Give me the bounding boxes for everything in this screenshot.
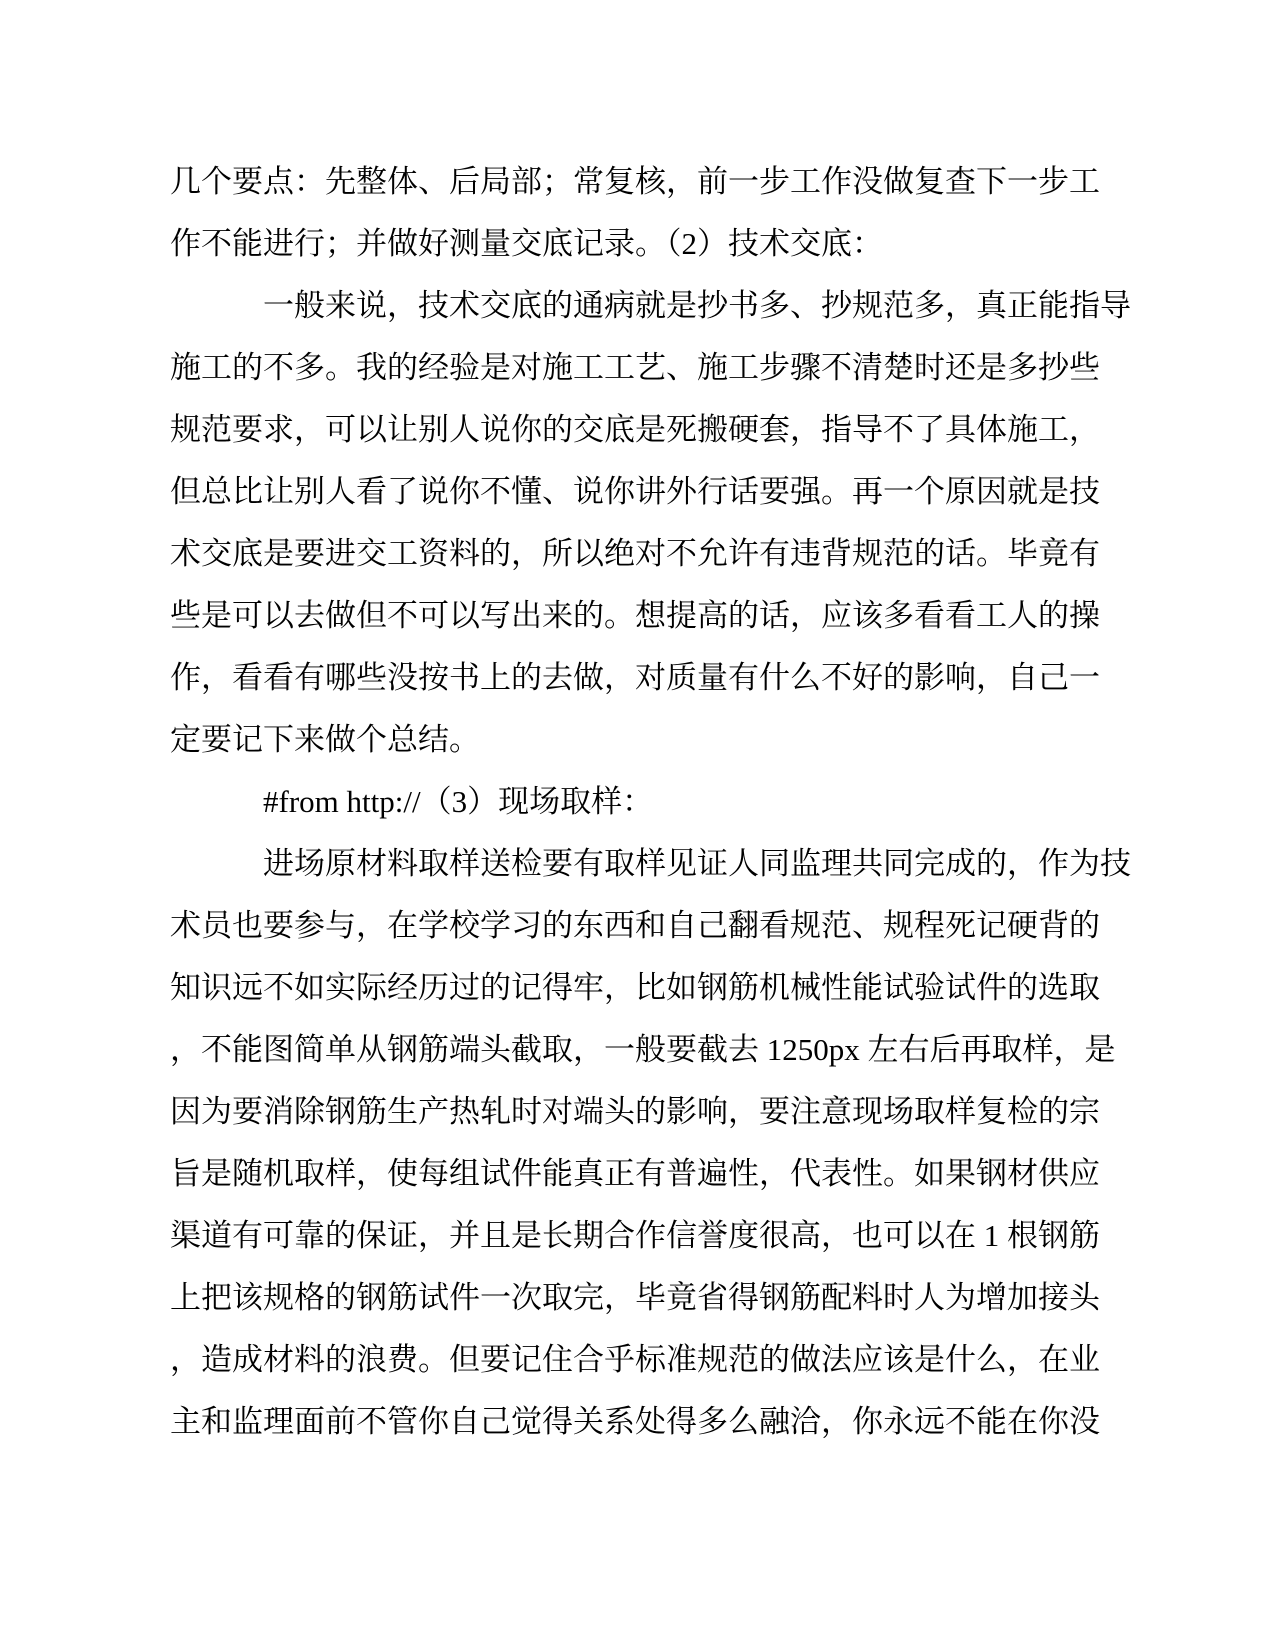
text-line: #from http://（3）现场取样： bbox=[170, 771, 1110, 833]
text-line: 但总比让别人看了说你不懂、说你讲外行话要强。再一个原因就是技 bbox=[170, 461, 1110, 523]
text-line: 定要记下来做个总结。 bbox=[170, 709, 1110, 771]
text-line: 术交底是要进交工资料的，所以绝对不允许有违背规范的话。毕竟有 bbox=[170, 523, 1110, 585]
text-line: 因为要消除钢筋生产热轧时对端头的影响，要注意现场取样复检的宗 bbox=[170, 1081, 1110, 1143]
text-line: ，不能图简单从钢筋端头截取，一般要截去 1250px 左右后再取样，是 bbox=[170, 1019, 1110, 1081]
text-line: 一般来说，技术交底的通病就是抄书多、抄规范多，真正能指导 bbox=[170, 275, 1110, 337]
text-line: 规范要求，可以让别人说你的交底是死搬硬套，指导不了具体施工， bbox=[170, 399, 1110, 461]
text-line: 旨是随机取样，使每组试件能真正有普遍性，代表性。如果钢材供应 bbox=[170, 1143, 1110, 1205]
text-line: 主和监理面前不管你自己觉得关系处得多么融洽，你永远不能在你没 bbox=[170, 1391, 1110, 1453]
text-line: ，造成材料的浪费。但要记住合乎标准规范的做法应该是什么，在业 bbox=[170, 1329, 1110, 1391]
text-line: 作不能进行；并做好测量交底记录。（2）技术交底： bbox=[170, 213, 1110, 275]
document-page: 几个要点：先整体、后局部；常复核，前一步工作没做复查下一步工作不能进行；并做好测… bbox=[0, 0, 1275, 1650]
text-line: 知识远不如实际经历过的记得牢，比如钢筋机械性能试验试件的选取 bbox=[170, 957, 1110, 1019]
text-line: 进场原材料取样送检要有取样见证人同监理共同完成的，作为技 bbox=[170, 833, 1110, 895]
text-line: 渠道有可靠的保证，并且是长期合作信誉度很高，也可以在 1 根钢筋 bbox=[170, 1205, 1110, 1267]
text-line: 些是可以去做但不可以写出来的。想提高的话，应该多看看工人的操 bbox=[170, 585, 1110, 647]
text-line: 术员也要参与，在学校学习的东西和自己翻看规范、规程死记硬背的 bbox=[170, 895, 1110, 957]
text-line: 施工的不多。我的经验是对施工工艺、施工步骤不清楚时还是多抄些 bbox=[170, 337, 1110, 399]
text-line: 几个要点：先整体、后局部；常复核，前一步工作没做复查下一步工 bbox=[170, 151, 1110, 213]
text-line: 作，看看有哪些没按书上的去做，对质量有什么不好的影响，自己一 bbox=[170, 647, 1110, 709]
text-line: 上把该规格的钢筋试件一次取完，毕竟省得钢筋配料时人为增加接头 bbox=[170, 1267, 1110, 1329]
document-text-block: 几个要点：先整体、后局部；常复核，前一步工作没做复查下一步工作不能进行；并做好测… bbox=[170, 151, 1110, 1453]
